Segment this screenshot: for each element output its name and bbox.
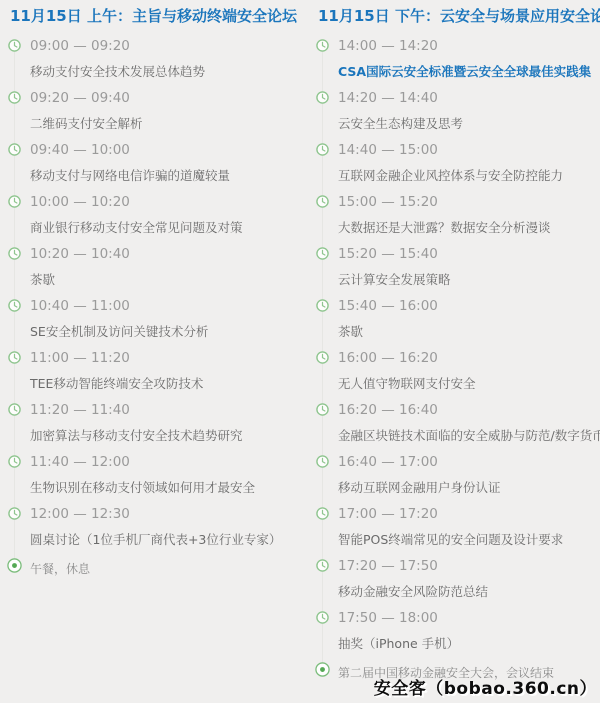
session-time: 12:00 — 12:30 xyxy=(30,506,130,522)
agenda-entry: 09:40 — 10:00移动支付与网络电信诈骗的道魔较量 xyxy=(8,142,306,194)
session-time: 10:40 — 11:00 xyxy=(30,298,130,314)
session-time: 16:00 — 16:20 xyxy=(338,350,438,366)
session-time: 17:00 — 17:20 xyxy=(338,506,438,522)
agenda-entry: 10:20 — 10:40茶歇 xyxy=(8,246,306,298)
agenda-entry: 16:20 — 16:40金融区块链技术面临的安全威胁与防范/数字货币安全 xyxy=(316,402,598,454)
agenda-entry: 11:00 — 11:20TEE移动智能终端安全攻防技术 xyxy=(8,350,306,402)
clock-icon xyxy=(8,247,21,260)
session-time: 16:40 — 17:00 xyxy=(338,454,438,470)
session-title: 移动支付安全技术发展总体趋势 xyxy=(30,62,205,80)
agenda-entry: 16:00 — 16:20无人值守物联网支付安全 xyxy=(316,350,598,402)
session-title: 加密算法与移动支付安全技术趋势研究 xyxy=(30,426,243,444)
session-title: 云安全生态构建及思考 xyxy=(338,114,463,132)
agenda-entry: 17:50 — 18:00抽奖（iPhone 手机） xyxy=(316,610,598,662)
session-time: 10:20 — 10:40 xyxy=(30,246,130,262)
session-time: 14:40 — 15:00 xyxy=(338,142,438,158)
agenda-entry: 16:40 — 17:00移动互联网金融用户身份认证 xyxy=(316,454,598,506)
agenda-entry: 09:00 — 09:20移动支付安全技术发展总体趋势 xyxy=(8,38,306,90)
timeline-afternoon: 14:00 — 14:20CSA国际云安全标准暨云安全全球最佳实践集14:20 … xyxy=(316,38,598,686)
session-time: 17:20 — 17:50 xyxy=(338,558,438,574)
session-title: 互联网金融企业风控体系与安全防控能力 xyxy=(338,166,563,184)
end-note: 午餐，休息 xyxy=(30,560,90,577)
agenda-entry: 15:00 — 15:20大数据还是大泄露？数据安全分析漫谈 xyxy=(316,194,598,246)
session-title: 茶歇 xyxy=(338,322,363,340)
agenda-entry: 12:00 — 12:30圆桌讨论（1位手机厂商代表+3位行业专家） xyxy=(8,506,306,558)
clock-icon xyxy=(316,195,329,208)
agenda-entry: 11:20 — 11:40加密算法与移动支付安全技术趋势研究 xyxy=(8,402,306,454)
session-title: 圆桌讨论（1位手机厂商代表+3位行业专家） xyxy=(30,530,281,548)
session-title: 生物识别在移动支付领域如何用才最安全 xyxy=(30,478,255,496)
session-title: 茶歇 xyxy=(30,270,55,288)
session-time: 15:40 — 16:00 xyxy=(338,298,438,314)
clock-icon xyxy=(8,351,21,364)
agenda-entry: 10:00 — 10:20商业银行移动支付安全常见问题及对策 xyxy=(8,194,306,246)
session-time: 09:20 — 09:40 xyxy=(30,90,130,106)
conference-agenda: 11月15日 上午：主旨与移动终端安全论坛 09:00 — 09:20移动支付安… xyxy=(0,0,600,703)
timeline-morning: 09:00 — 09:20移动支付安全技术发展总体趋势09:20 — 09:40… xyxy=(8,38,306,582)
session-title: 移动互联网金融用户身份认证 xyxy=(338,478,501,496)
session-time: 15:20 — 15:40 xyxy=(338,246,438,262)
clock-icon xyxy=(316,143,329,156)
session-time: 11:00 — 11:20 xyxy=(30,350,130,366)
agenda-entry: 15:20 — 15:40云计算安全发展策略 xyxy=(316,246,598,298)
session-title: 移动支付与网络电信诈骗的道魔较量 xyxy=(30,166,230,184)
clock-icon xyxy=(316,39,329,52)
clock-icon xyxy=(316,507,329,520)
agenda-entry: 15:40 — 16:00茶歇 xyxy=(316,298,598,350)
session-title: CSA国际云安全标准暨云安全全球最佳实践集 xyxy=(338,62,591,80)
bullseye-icon xyxy=(315,662,330,677)
clock-icon xyxy=(8,39,21,52)
session-title: 商业银行移动支付安全常见问题及对策 xyxy=(30,218,243,236)
column-header-morning: 11月15日 上午：主旨与移动终端安全论坛 xyxy=(10,6,306,26)
session-title: 二维码支付安全解析 xyxy=(30,114,143,132)
agenda-entry: 14:40 — 15:00互联网金融企业风控体系与安全防控能力 xyxy=(316,142,598,194)
session-time: 11:20 — 11:40 xyxy=(30,402,130,418)
agenda-entry: 10:40 — 11:00SE安全机制及访问关键技术分析 xyxy=(8,298,306,350)
agenda-column-morning: 11月15日 上午：主旨与移动终端安全论坛 09:00 — 09:20移动支付安… xyxy=(8,6,306,582)
clock-icon xyxy=(8,195,21,208)
agenda-entry: 14:20 — 14:40云安全生态构建及思考 xyxy=(316,90,598,142)
agenda-column-afternoon: 11月15日 下午：云安全与场景应用安全论坛 14:00 — 14:20CSA国… xyxy=(316,6,598,686)
clock-icon xyxy=(8,507,21,520)
session-time: 09:40 — 10:00 xyxy=(30,142,130,158)
clock-icon xyxy=(316,611,329,624)
session-title: 大数据还是大泄露？数据安全分析漫谈 xyxy=(338,218,551,236)
session-time: 14:20 — 14:40 xyxy=(338,90,438,106)
clock-icon xyxy=(8,455,21,468)
session-title: 移动金融安全风险防范总结 xyxy=(338,582,488,600)
session-title: 抽奖（iPhone 手机） xyxy=(338,634,459,652)
session-time: 09:00 — 09:20 xyxy=(30,38,130,54)
clock-icon xyxy=(316,247,329,260)
clock-icon xyxy=(316,91,329,104)
session-time: 11:40 — 12:00 xyxy=(30,454,130,470)
clock-icon xyxy=(316,559,329,572)
clock-icon xyxy=(8,403,21,416)
clock-icon xyxy=(316,351,329,364)
column-header-afternoon: 11月15日 下午：云安全与场景应用安全论坛 xyxy=(318,6,598,26)
session-time: 10:00 — 10:20 xyxy=(30,194,130,210)
session-title: SE安全机制及访问关键技术分析 xyxy=(30,322,208,340)
session-time: 16:20 — 16:40 xyxy=(338,402,438,418)
session-time: 15:00 — 15:20 xyxy=(338,194,438,210)
clock-icon xyxy=(316,455,329,468)
watermark: 安全客（bobao.360.cn） xyxy=(374,674,597,699)
session-title: TEE移动智能终端安全攻防技术 xyxy=(30,374,203,392)
clock-icon xyxy=(316,299,329,312)
agenda-entry: 14:00 — 14:20CSA国际云安全标准暨云安全全球最佳实践集 xyxy=(316,38,598,90)
session-title: 云计算安全发展策略 xyxy=(338,270,451,288)
agenda-entry: 09:20 — 09:40二维码支付安全解析 xyxy=(8,90,306,142)
clock-icon xyxy=(316,403,329,416)
agenda-entry: 17:00 — 17:20智能POS终端常见的安全问题及设计要求 xyxy=(316,506,598,558)
session-title: 无人值守物联网支付安全 xyxy=(338,374,476,392)
session-title: 金融区块链技术面临的安全威胁与防范/数字货币安全 xyxy=(338,426,600,444)
bullseye-icon xyxy=(7,558,22,573)
clock-icon xyxy=(8,143,21,156)
session-title: 智能POS终端常见的安全问题及设计要求 xyxy=(338,530,563,548)
agenda-entry: 17:20 — 17:50移动金融安全风险防范总结 xyxy=(316,558,598,610)
clock-icon xyxy=(8,91,21,104)
clock-icon xyxy=(8,299,21,312)
session-time: 17:50 — 18:00 xyxy=(338,610,438,626)
session-time: 14:00 — 14:20 xyxy=(338,38,438,54)
agenda-entry: 11:40 — 12:00生物识别在移动支付领域如何用才最安全 xyxy=(8,454,306,506)
end-marker-row: 午餐，休息 xyxy=(8,558,306,582)
